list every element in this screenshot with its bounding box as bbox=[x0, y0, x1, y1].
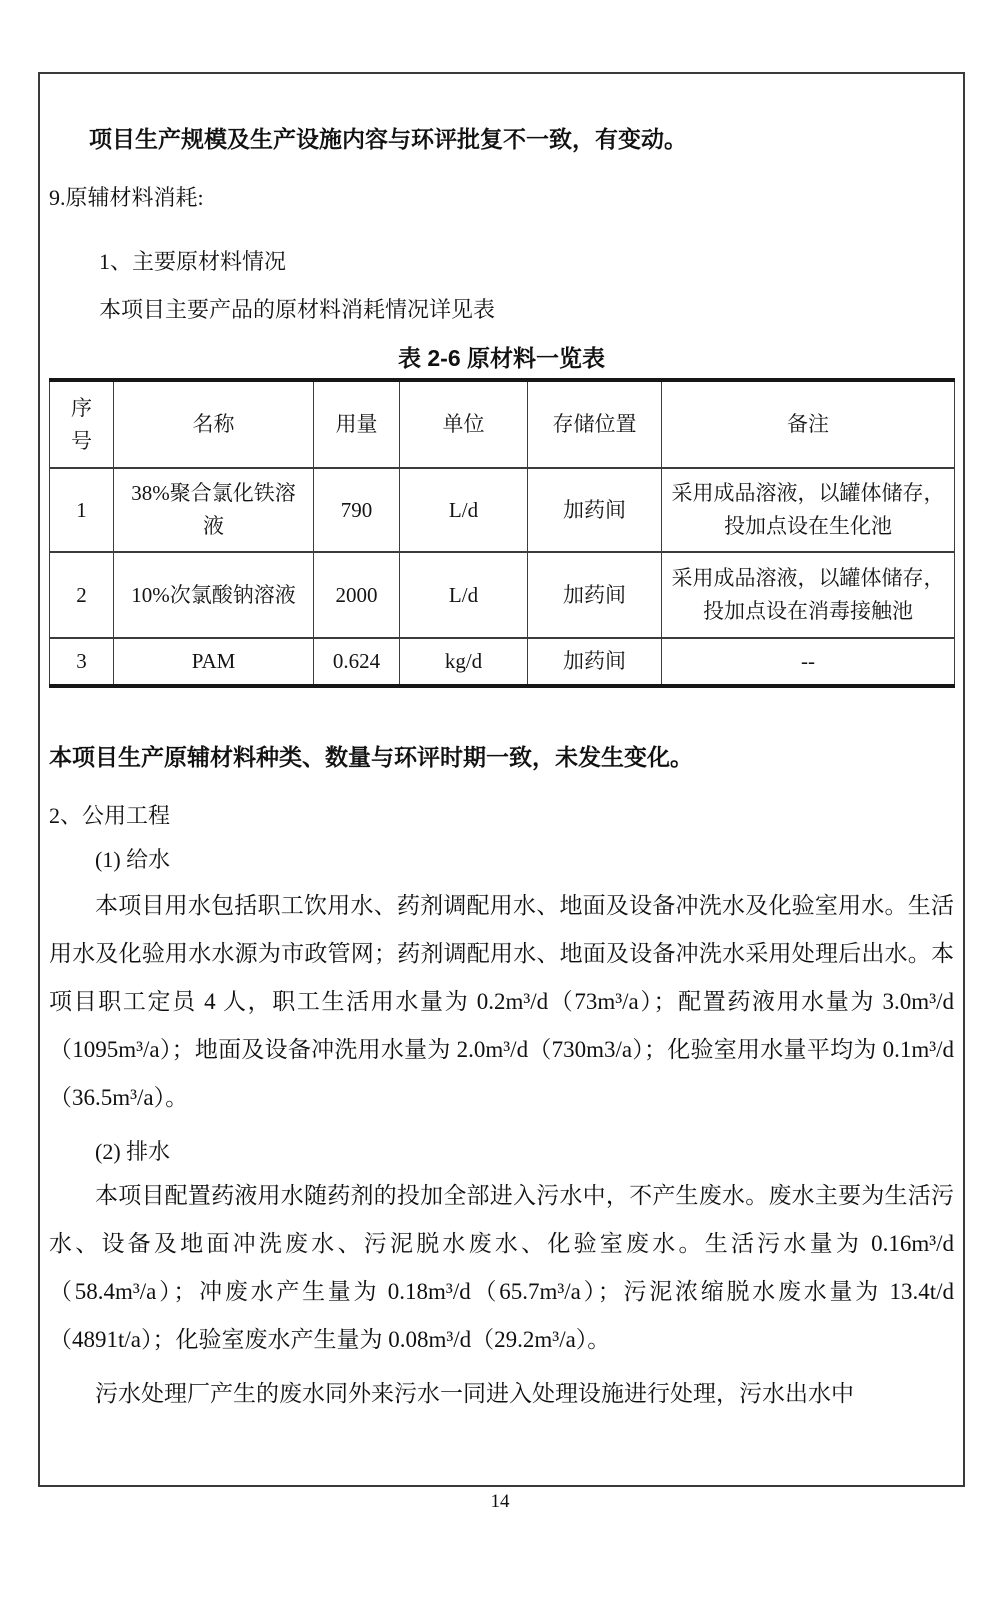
subsection-1-intro: 本项目主要产品的原材料消耗情况详见表 bbox=[99, 296, 954, 324]
cell-note: -- bbox=[662, 638, 955, 686]
cell-unit: kg/d bbox=[400, 638, 528, 686]
drainage-heading: (2) 排水 bbox=[95, 1138, 954, 1166]
table-title: 表 2-6 原材料一览表 bbox=[49, 344, 954, 372]
header-note: 备注 bbox=[662, 380, 955, 468]
cell-name: PAM bbox=[114, 638, 314, 686]
table-row: 2 10%次氯酸钠溶液 2000 L/d 加药间 采用成品溶液，以罐体储存，投加… bbox=[50, 552, 955, 638]
cell-amount: 0.624 bbox=[314, 638, 400, 686]
header-name: 名称 bbox=[114, 380, 314, 468]
cell-name: 10%次氯酸钠溶液 bbox=[114, 552, 314, 638]
page-border-frame: 项目生产规模及生产设施内容与环评批复不一致，有变动。 9.原辅材料消耗: 1、主… bbox=[38, 72, 965, 1487]
conclusion-statement: 本项目生产原辅材料种类、数量与环评时期一致，未发生变化。 bbox=[49, 742, 954, 772]
table-header-row: 序号 名称 用量 单位 存储位置 备注 bbox=[50, 380, 955, 468]
raw-materials-table: 序号 名称 用量 单位 存储位置 备注 1 38%聚合氯化铁溶液 790 L/d… bbox=[49, 378, 955, 688]
header-seq: 序号 bbox=[50, 380, 114, 468]
cell-amount: 790 bbox=[314, 468, 400, 552]
cell-storage: 加药间 bbox=[528, 468, 662, 552]
table-row: 3 PAM 0.624 kg/d 加药间 -- bbox=[50, 638, 955, 686]
cell-note: 采用成品溶液，以罐体储存，投加点设在消毒接触池 bbox=[662, 552, 955, 638]
cell-seq: 3 bbox=[50, 638, 114, 686]
header-storage: 存储位置 bbox=[528, 380, 662, 468]
cell-storage: 加药间 bbox=[528, 638, 662, 686]
variation-statement: 项目生产规模及生产设施内容与环评批复不一致，有变动。 bbox=[89, 124, 954, 154]
cell-note: 采用成品溶液，以罐体储存，投加点设在生化池 bbox=[662, 468, 955, 552]
cell-unit: L/d bbox=[400, 468, 528, 552]
header-unit: 单位 bbox=[400, 380, 528, 468]
cell-seq: 2 bbox=[50, 552, 114, 638]
section-9-label: 9.原辅材料消耗: bbox=[49, 184, 954, 212]
section-2-heading: 2、公用工程 bbox=[49, 802, 954, 830]
drainage-paragraph-1: 本项目配置药液用水随药剂的投加全部进入污水中，不产生废水。废水主要为生活污水、设… bbox=[49, 1172, 954, 1364]
cell-amount: 2000 bbox=[314, 552, 400, 638]
cell-unit: L/d bbox=[400, 552, 528, 638]
subsection-1-heading: 1、主要原材料情况 bbox=[99, 248, 954, 276]
document-page: 项目生产规模及生产设施内容与环评批复不一致，有变动。 9.原辅材料消耗: 1、主… bbox=[0, 0, 1000, 1599]
drainage-paragraph-2: 污水处理厂产生的废水同外来污水一同进入处理设施进行处理，污水出水中 bbox=[49, 1370, 954, 1418]
cell-name: 38%聚合氯化铁溶液 bbox=[114, 468, 314, 552]
cell-storage: 加药间 bbox=[528, 552, 662, 638]
cell-seq: 1 bbox=[50, 468, 114, 552]
page-number: 14 bbox=[0, 1491, 1000, 1513]
header-amount: 用量 bbox=[314, 380, 400, 468]
table-row: 1 38%聚合氯化铁溶液 790 L/d 加药间 采用成品溶液，以罐体储存，投加… bbox=[50, 468, 955, 552]
water-supply-paragraph: 本项目用水包括职工饮用水、药剂调配用水、地面及设备冲洗水及化验室用水。生活用水及… bbox=[49, 882, 954, 1122]
water-supply-heading: (1) 给水 bbox=[95, 846, 954, 874]
